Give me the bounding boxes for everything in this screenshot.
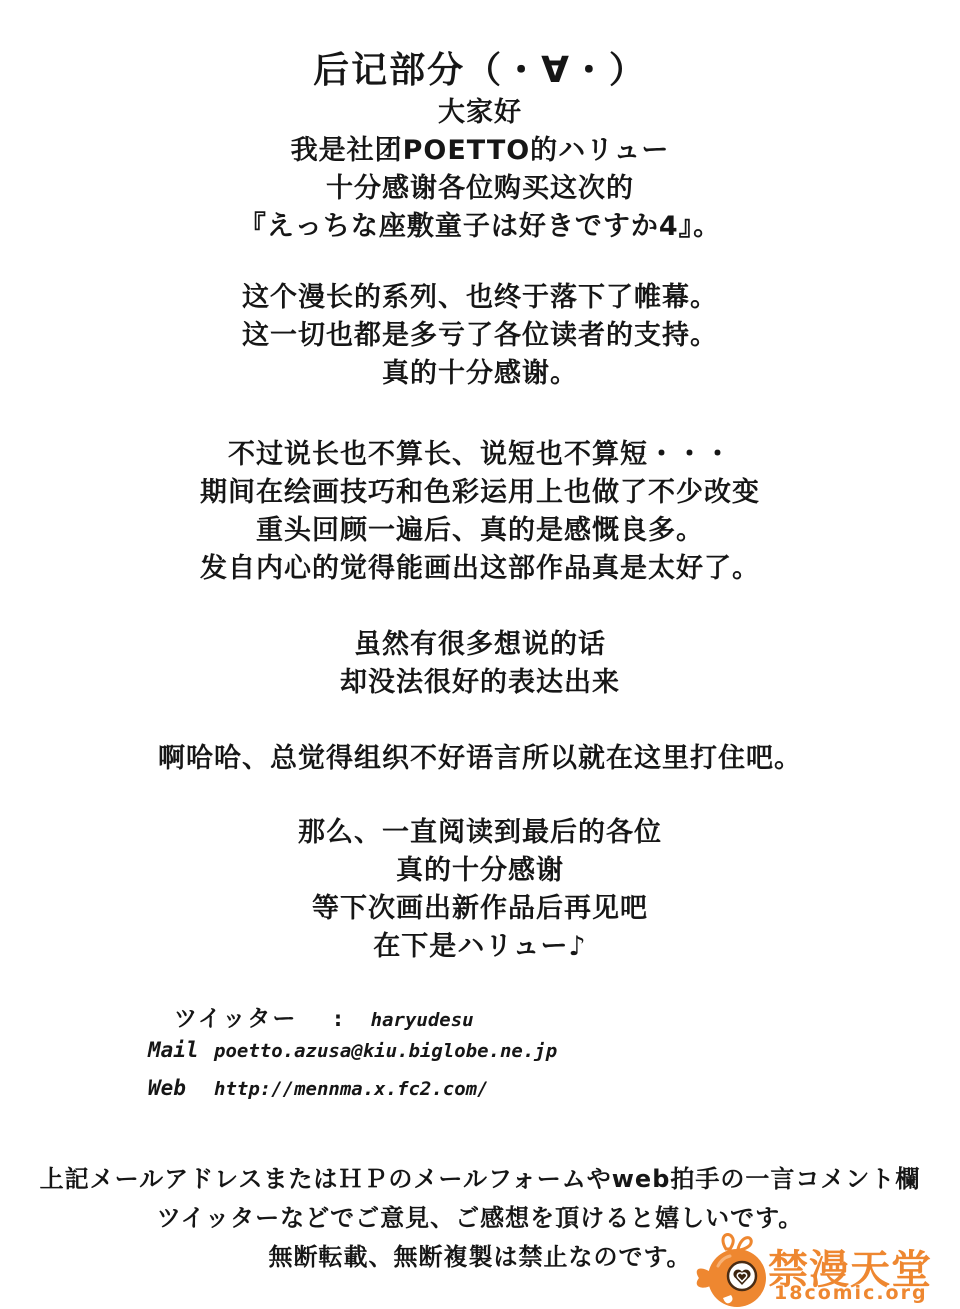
twitter-label: ツイッター [148,1000,297,1033]
contact-twitter: ツイッター : haryudesu [148,1000,557,1038]
text-line: 虽然有很多想说的话 [0,626,960,664]
contact-info: ツイッター : haryudesu Mail poetto.azusa@kiu.… [148,1000,557,1114]
text-line: 大家好 [0,94,960,132]
text-line: 真的十分感谢。 [0,355,960,393]
footer-line: 上記メールアドレスまたはＨＰのメールフォームやweb拍手の一言コメント欄 [0,1160,960,1199]
paragraph-greeting: 大家好 我是社团POETTO的ハリュー 十分感谢各位购买这次的 『えっちな座敷童… [0,94,960,246]
web-label: Web [148,1076,214,1100]
text-line: 这一切也都是多亏了各位读者的支持。 [0,317,960,355]
whale-mascot-icon [690,1228,772,1309]
text-line: 重头回顾一遍后、真的是感慨良多。 [0,512,960,550]
text-line: 真的十分感谢 [0,852,960,890]
mail-label: Mail [148,1038,214,1062]
text-line: 发自内心的觉得能画出这部作品真是太好了。 [0,550,960,588]
text-line: 不过说长也不算长、说短也不算短・・・ [0,436,960,474]
text-line: 啊哈哈、总觉得组织不好语言所以就在这里打住吧。 [0,740,960,778]
text-line: 十分感谢各位购买这次的 [0,170,960,208]
text-line: 我是社团POETTO的ハリュー [0,132,960,170]
text-line: 却没法很好的表达出来 [0,664,960,702]
text-line: 在下是ハリュー♪ [0,928,960,966]
contact-mail: Mail poetto.azusa@kiu.biglobe.ne.jp [148,1038,557,1076]
paragraph-ahaha: 啊哈哈、总觉得组织不好语言所以就在这里打住吧。 [0,740,960,778]
paragraph-series-end: 这个漫长的系列、也终于落下了帷幕。 这一切也都是多亏了各位读者的支持。 真的十分… [0,279,960,393]
page-title: 后记部分（・∀・） [0,42,960,93]
paragraph-farewell: 那么、一直阅读到最后的各位 真的十分感谢 等下次画出新作品后再见吧 在下是ハリュ… [0,814,960,966]
mail-address: poetto.azusa@kiu.biglobe.ne.jp [214,1040,557,1062]
twitter-handle: haryudesu [371,1009,474,1031]
contact-web: Web http://mennma.x.fc2.com/ [148,1076,557,1114]
text-line: 『えっちな座敷童子は好きですか4』。 [0,208,960,246]
colon-separator: : [331,1007,344,1032]
watermark-logo: 禁漫天堂 18comic.org [690,1226,950,1309]
text-line: 那么、一直阅读到最后的各位 [0,814,960,852]
brand-url-text: 18comic.org [774,1282,928,1304]
paragraph-feelings: 虽然有很多想说的话 却没法很好的表达出来 [0,626,960,702]
text-line: 等下次画出新作品后再见吧 [0,890,960,928]
text-line: 这个漫长的系列、也终于落下了帷幕。 [0,279,960,317]
text-line: 期间在绘画技巧和色彩运用上也做了不少改变 [0,474,960,512]
afterword-page: 后记部分（・∀・） 大家好 我是社团POETTO的ハリュー 十分感谢各位购买这次… [0,0,960,1309]
web-url: http://mennma.x.fc2.com/ [214,1078,489,1100]
paragraph-retrospect: 不过说长也不算长、说短也不算短・・・ 期间在绘画技巧和色彩运用上也做了不少改变 … [0,436,960,588]
